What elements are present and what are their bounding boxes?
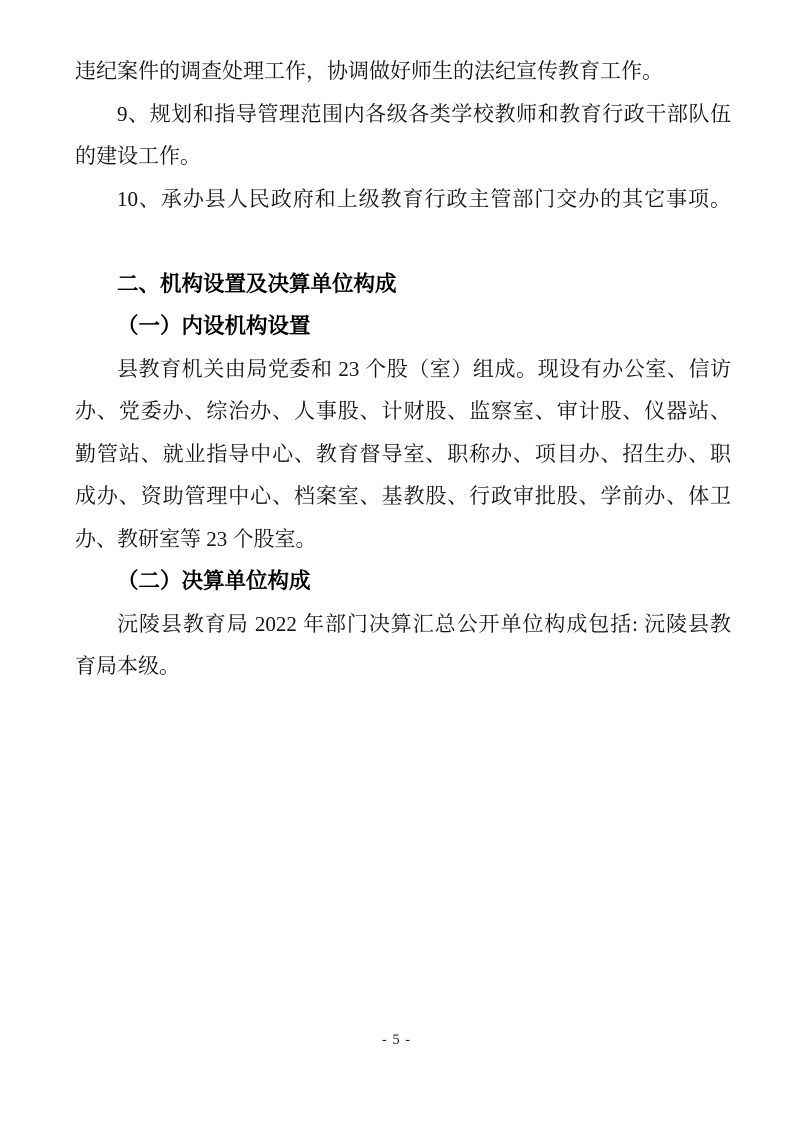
paragraph-line: 勤管站、就业指导中心、教育督导室、职称办、项目办、招生办、职: [75, 433, 731, 476]
paragraph-line: 的建设工作。: [75, 135, 731, 178]
paragraph-line: 10、承办县人民政府和上级教育行政主管部门交办的其它事项。: [75, 178, 731, 221]
paragraph-line: 成办、资助管理中心、档案室、基教股、行政审批股、学前办、体卫: [75, 475, 731, 518]
subsection-heading: （一）内设机构设置: [75, 305, 731, 348]
paragraph-line: 办、党委办、综治办、人事股、计财股、监察室、审计股、仪器站、: [75, 390, 731, 433]
section-heading: 二、机构设置及决算单位构成: [75, 263, 731, 306]
blank-line: [75, 220, 731, 263]
paragraph-line: 育局本级。: [75, 645, 731, 688]
paragraph-line: 违纪案件的调查处理工作，协调做好师生的法纪宣传教育工作。: [75, 50, 731, 93]
paragraph-line: 9、规划和指导管理范围内各级各类学校教师和教育行政干部队伍: [75, 93, 731, 136]
document-page: 违纪案件的调查处理工作，协调做好师生的法纪宣传教育工作。 9、规划和指导管理范围…: [0, 0, 793, 1122]
page-number: - 5 -: [0, 1030, 793, 1050]
document-content: 违纪案件的调查处理工作，协调做好师生的法纪宣传教育工作。 9、规划和指导管理范围…: [75, 50, 731, 688]
paragraph-line: 县教育机关由局党委和 23 个股（室）组成。现设有办公室、信访: [75, 348, 731, 391]
subsection-heading: （二）决算单位构成: [75, 560, 731, 603]
paragraph-line: 办、教研室等 23 个股室。: [75, 518, 731, 561]
paragraph-line: 沅陵县教育局 2022 年部门决算汇总公开单位构成包括: 沅陵县教: [75, 603, 731, 646]
